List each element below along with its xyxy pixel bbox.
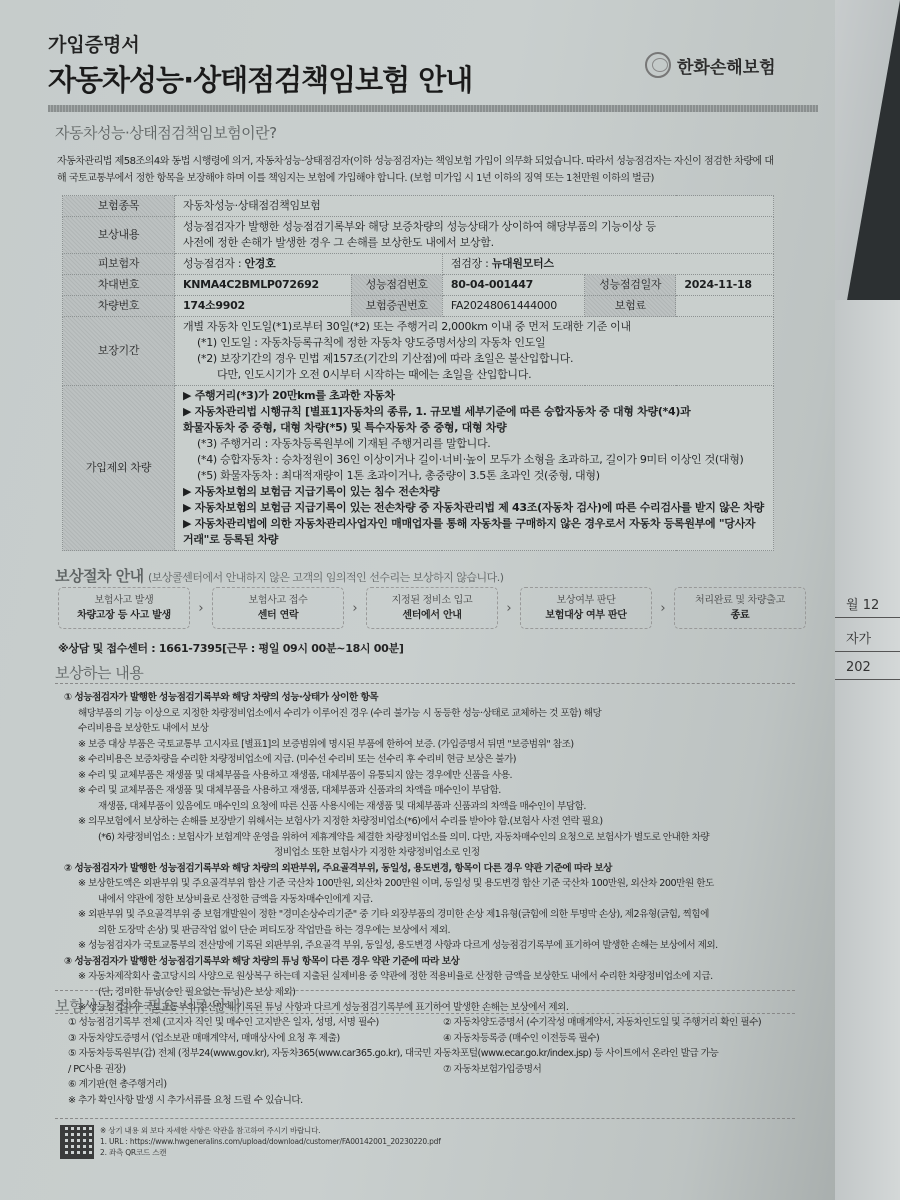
document-row: ⑤ 자동차등록원부(갑) 전체 (정부24(www.gov.kr), 자동차36… [68,1046,788,1062]
document-item: ⑦ 자동차보험가입증명서 [443,1062,541,1078]
label-inspection-date: 성능점검일자 [585,275,676,296]
value-policy-no: FA20248061444000 [442,296,584,317]
step-accident: 보험사고 발생차량고장 등 사고 발생 [58,587,190,629]
documents-divider [55,1013,795,1014]
coverage-divider [55,683,795,684]
coverage-item-line: ※ 외판부위 및 주요골격부위 중 보험개발원이 정한 "경미손상수리기준" 중… [64,907,784,923]
insurance-info-table: 보험종목 자동차성능·상태점검책임보험 보상내용 성능점검자가 발행한 성능점검… [62,195,774,551]
qr-instruction: 2. 좌측 QR코드 스캔 [100,1147,441,1158]
coverage-line: 성능점검자가 발행한 성능점검기록부와 해당 보증차량의 성능상태가 상이하여 … [183,219,765,235]
coverage-item-line: 정비업소 또한 보험사가 지정한 차량정비업소로 인정 [64,845,784,861]
document-item: ① 성능점검기록부 전체 (고지자 직인 및 매수인 고지받은 일자, 성명, … [68,1015,443,1031]
intro-heading: 자동차성능·상태점검책임보험이란? [55,122,277,143]
procedure-heading: 보상절차 안내 (보상콜센터에서 안내하지 않은 고객의 임의적인 선수리는 보… [55,565,504,586]
step-title: 보험사고 접수 [213,593,343,608]
step-title: 보상여부 판단 [521,593,651,608]
certificate-sheet: 가입증명서 자동차성능·상태점검책임보험 안내 한화손해보험 자동차성능·상태점… [0,0,835,1200]
brand-logo: 한화손해보험 [645,52,776,78]
value-coverage: 성능점검자가 발행한 성능점검기록부와 해당 보증차량의 성능상태가 상이하여 … [175,217,774,254]
excluded-line: ▶ 자동차관리법 시행규칙 [별표1]자동차의 종류, 1. 규모별 세부기준에… [183,404,765,420]
value-plate: 174소9902 [175,296,352,317]
label-premium: 보험료 [585,296,676,317]
coverage-item-heading: ② 성능점검자가 발행한 성능점검기록부와 해당 차량의 외판부위, 주요골격부… [64,861,784,877]
excluded-line: ▶ 자동차관리법에 의한 자동차관리사업자인 매매업자를 통해 자동차를 구매하… [183,516,765,532]
coverage-item-line: ※ 보상한도액은 외판부위 및 주요골격부위 합산 기준 국산차 100만원, … [64,876,784,892]
excluded-line: ▶ 자동차보험의 보험금 지급기록이 있는 전손차량 중 자동차관리법 제 43… [183,500,765,516]
coverage-heading: 보상하는 내용 [55,662,143,683]
value-inspection-no: 80-04-001447 [442,275,584,296]
title-divider [48,105,818,112]
footer-note: ※ 상기 내용 외 보다 자세한 사항은 약관을 참고하여 주시기 바랍니다. [100,1125,441,1136]
step-title: 보험사고 발생 [59,593,189,608]
value-inspection-date: 2024-11-18 [676,275,774,296]
inspector-label: 성능점검자 : [183,257,241,270]
chevron-right-icon: › [196,601,206,616]
excluded-line: 화물자동차 중 중형, 대형 차량(*5) 및 특수자동차 중 중형, 대형 차… [183,420,765,436]
excluded-line: 거래"로 등록된 차량 [183,532,765,548]
step-desc: 센터에서 안내 [367,608,497,623]
procedure-title: 보상절차 안내 [55,567,144,585]
step-desc: 보험대상 여부 판단 [521,608,651,623]
footer: ※ 상기 내용 외 보다 자세한 사항은 약관을 참고하여 주시기 바랍니다. … [60,1125,441,1159]
terms-url[interactable]: 1. URL : https://www.hwgeneralins.com/up… [100,1136,441,1147]
step-complete: 처리완료 및 차량출고종료 [674,587,806,629]
excluded-line: (*4) 승합자동차 : 승차정원이 36인 이상이거나 길이·너비·높이 모두… [183,452,765,468]
label-policy-no: 보험증권번호 [351,296,442,317]
coverage-item-heading: ③ 성능점검자가 발행한 성능점검기록부와 해당 차량의 튜닝 항목이 다른 경… [64,954,784,970]
period-line: (*1) 인도일 : 자동차등록규칙에 정한 자동차 양도증명서상의 자동차 인… [183,335,765,351]
step-desc: 차량고장 등 사고 발생 [59,608,189,623]
intro-text: 자동차관리법 제58조의4와 동법 시행령에 의거, 자동차성능·상태점검자(이… [57,153,777,187]
documents-list: ① 성능점검기록부 전체 (고지자 직인 및 매수인 고지받은 일자, 성명, … [68,1015,788,1108]
document-item: ⑤ 자동차등록원부(갑) 전체 (정부24(www.gov.kr), 자동차36… [68,1046,718,1062]
hanwha-logo-icon [645,52,671,78]
value-premium [676,296,774,317]
document-item: / PC사용 권장) [68,1062,443,1078]
station-label: 점검장 : [451,257,489,270]
procedure-note: (보상콜센터에서 안내하지 않은 고객의 임의적인 선수리는 보상하지 않습니다… [148,571,504,584]
value-period: 개별 자동차 인도일(*1)로부터 30일(*2) 또는 주행거리 2,000k… [175,317,774,386]
step-judgement: 보상여부 판단보험대상 여부 판단 [520,587,652,629]
value-station: 점검장 : 뉴대원모터스 [442,254,773,275]
label-plate: 차량번호 [63,296,175,317]
document-item: ⑥ 계기판(현 총주행거리) [68,1077,443,1093]
coverage-line: 사전에 정한 손해가 발생한 경우 그 손해를 보상한도 내에서 보상함. [183,235,765,251]
document-row: ① 성능점검기록부 전체 (고지자 직인 및 매수인 고지받은 일자, 성명, … [68,1015,788,1031]
background-snippet: 자가 [830,624,900,652]
qr-code-icon[interactable] [60,1125,94,1159]
period-line: (*2) 보장기간의 경우 민법 제157조(기간의 기산점)에 따라 초일은 … [183,351,765,367]
brand-name: 한화손해보험 [677,53,776,78]
documents-divider-top [55,990,795,991]
coverage-item-line: ※ 자동차제작회사 출고당시의 사양으로 원상복구 하는데 지출된 실제비용 중… [64,969,784,985]
label-vin: 차대번호 [63,275,175,296]
inspector-name: 안경호 [244,257,275,270]
chevron-right-icon: › [504,601,514,616]
coverage-item-line: ※ 수리 및 교체부품은 재생품 및 대체부품을 사용하고 재생품, 대체부품과… [64,783,784,799]
coverage-list: ① 성능점검자가 발행한 성능점검기록부와 해당 차량의 성능·상태가 상이한 … [64,690,784,1016]
document-item: ③ 자동차양도증명서 (업소보관 매매계약서, 매매상사에 요청 후 제출) [68,1031,443,1047]
excluded-line: ▶ 자동차보험의 보험금 지급기록이 있는 침수 전손차량 [183,484,765,500]
document-subtitle: 가입증명서 [48,30,140,57]
coverage-item-line: ※ 수리비용은 보증차량을 수리한 차량정비업소에 지급. (미수선 수리비 또… [64,752,784,768]
excluded-line: (*5) 화물자동차 : 최대적재량이 1톤 초과이거나, 총중량이 3.5톤 … [183,468,765,484]
coverage-item-line: 재생품, 대체부품이 있음에도 매수인의 요청에 따른 신품 사용시에는 재생품… [64,799,784,815]
label-insurance-type: 보험종목 [63,196,175,217]
footer-text: ※ 상기 내용 외 보다 자세한 사항은 약관을 참고하여 주시기 바랍니다. … [100,1125,441,1159]
document-item: ※ 추가 확인사항 발생 시 추가서류를 요청 드릴 수 있습니다. [68,1093,443,1109]
label-period: 보장기간 [63,317,175,386]
step-repair-shop: 지정된 정비소 입고센터에서 안내 [366,587,498,629]
contact-center: ※상담 및 접수센터 : 1661-7395[근무 : 평일 09시 00분~1… [58,640,404,656]
document-item: ④ 자동차등록증 (매수인 이전등록 필수) [443,1031,599,1047]
footer-divider [55,1118,795,1119]
coverage-item-line: 내에서 약관에 정한 보상비율로 산정한 금액을 자동차매수인에게 지급. [64,892,784,908]
document-item: ② 자동차양도증명서 (수기작성 매매계약서, 자동차인도일 및 주행거리 확인… [443,1015,761,1031]
value-insurance-type: 자동차성능·상태점검책임보험 [175,196,774,217]
document-row: ※ 추가 확인사항 발생 시 추가서류를 요청 드릴 수 있습니다. [68,1093,788,1109]
step-report: 보험사고 접수센터 연락 [212,587,344,629]
procedure-steps: 보험사고 발생차량고장 등 사고 발생 › 보험사고 접수센터 연락 › 지정된… [58,587,806,629]
label-coverage: 보상내용 [63,217,175,254]
period-line: 다만, 인도시기가 오전 0시부터 시작하는 때에는 초일을 산입합니다. [183,367,765,383]
value-vin: KNMA4C2BMLP072692 [175,275,352,296]
step-title: 처리완료 및 차량출고 [675,593,805,608]
value-inspector: 성능점검자 : 안경호 [175,254,443,275]
coverage-item-line: 해당부품의 기능 이상으로 지정한 차량정비업소에서 수리가 이루어진 경우 (… [64,706,784,722]
value-excluded: ▶ 주행거리(*3)가 20만km를 초과한 자동차 ▶ 자동차관리법 시행규칙… [175,386,774,551]
coverage-item-line: ※ 의무보험에서 보상하는 손해를 보장받기 위해서는 보험사가 지정한 차량정… [64,814,784,830]
chevron-right-icon: › [658,601,668,616]
document-row: ③ 자동차양도증명서 (업소보관 매매계약서, 매매상사에 요청 후 제출)④ … [68,1031,788,1047]
label-insured: 피보험자 [63,254,175,275]
step-desc: 종료 [675,608,805,623]
excluded-line: (*3) 주행거리 : 자동차등록원부에 기재된 주행거리를 말합니다. [183,436,765,452]
excluded-line: ▶ 주행거리(*3)가 20만km를 초과한 자동차 [183,388,765,404]
chevron-right-icon: › [350,601,360,616]
document-row: ⑥ 계기판(현 총주행거리) [68,1077,788,1093]
step-title: 지정된 정비소 입고 [367,593,497,608]
coverage-item-line: (*6) 차량정비업소 : 보험사가 보험계약 운영을 위하여 제휴계약을 체결… [64,830,784,846]
label-excluded: 가입제외 차량 [63,386,175,551]
background-snippet: 월 12 [830,590,900,618]
coverage-item-line: 의한 도장막 손상) 및 판금작업 없이 단순 퍼티도장 작업만을 하는 경우에… [64,923,784,939]
coverage-item-line: ※ 성능점검자가 국토교통부의 전산망에 기록된 외판부위, 주요골격 부위, … [64,938,784,954]
station-name: 뉴대원모터스 [492,257,554,270]
step-desc: 센터 연락 [213,608,343,623]
coverage-item-line: ※ 수리 및 교체부품은 재생품 및 대체부품을 사용하고 재생품, 대체부품이… [64,768,784,784]
background-snippet: 202 [830,656,900,680]
period-line: 개별 자동차 인도일(*1)로부터 30일(*2) 또는 주행거리 2,000k… [183,319,765,335]
coverage-item-line: ※ 보증 대상 부품은 국토교통부 고시자료 [별표1]의 보증범위에 명시된 … [64,737,784,753]
label-inspection-no: 성능점검번호 [351,275,442,296]
coverage-item-heading: ① 성능점검자가 발행한 성능점검기록부와 해당 차량의 성능·상태가 상이한 … [64,690,784,706]
document-title: 자동차성능·상태점검책임보험 안내 [48,58,472,99]
coverage-item-line: 수리비용을 보상한도 내에서 보상 [64,721,784,737]
document-row: / PC사용 권장)⑦ 자동차보험가입증명서 [68,1062,788,1078]
